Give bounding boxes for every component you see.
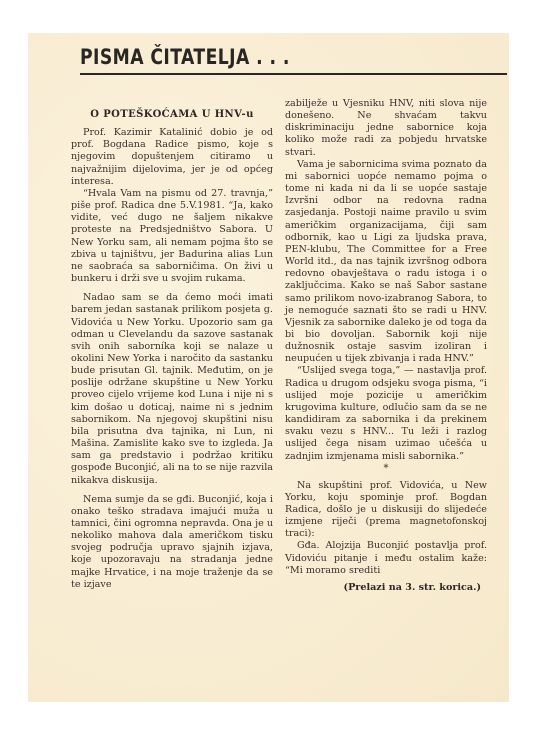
paragraph: Vama je sabornicima svima poznato da mi … xyxy=(285,159,487,366)
masthead-rule xyxy=(80,73,507,75)
paragraph: Gđa. Alojzija Buconjić postavlja prof. V… xyxy=(285,540,487,576)
paragraph: Nema sumje da se gđi. Buconjić, koja i o… xyxy=(71,494,273,591)
magazine-page: PISMA ČITATELJA . . . O POTEŠKOĆAMA U HN… xyxy=(28,33,509,702)
paragraph: “Uslijed svega toga,” — nastavlja prof. … xyxy=(285,365,487,462)
section-separator-asterisk: * xyxy=(285,463,487,475)
right-column: zabilježe u Vjesniku HNV, niti slova nij… xyxy=(285,98,487,594)
section-masthead: PISMA ČITATELJA . . . xyxy=(80,45,290,69)
paragraph: Nadao sam se da ćemo moći imati barem je… xyxy=(71,292,273,487)
paragraph: Prof. Kazimir Katalinić dobio je od prof… xyxy=(71,127,273,188)
paragraph: Na skupštini prof. Vidovića, u New Yorku… xyxy=(285,480,487,541)
article-heading: O POTEŠKOĆAMA U HNV-u xyxy=(71,109,273,121)
paragraph: zabilježe u Vjesniku HNV, niti slova nij… xyxy=(285,98,487,159)
paragraph: “Hvala Vam na pismu od 27. travnja,” piš… xyxy=(71,188,273,285)
continuation-note: (Prelazi na 3. str. korica.) xyxy=(285,582,487,594)
left-column: O POTEŠKOĆAMA U HNV-u Prof. Kazimir Kata… xyxy=(71,109,273,591)
